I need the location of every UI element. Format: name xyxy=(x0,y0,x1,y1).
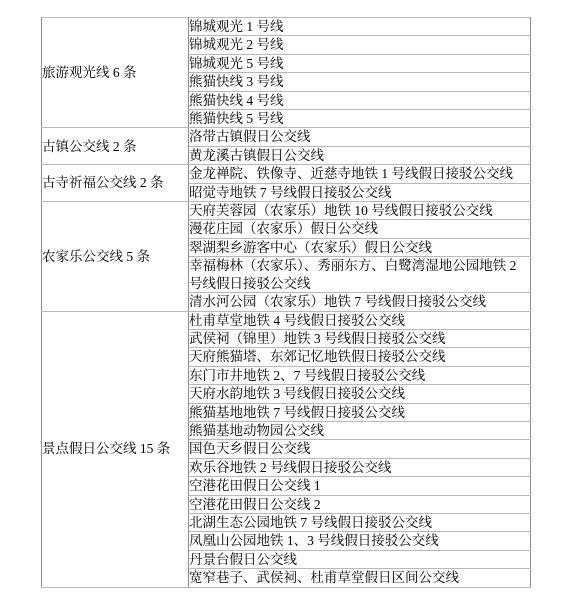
bus-line-cell: 黄龙溪古镇假日公交线 xyxy=(189,146,531,164)
bus-line-cell: 翠湖梨乡游客中心（农家乐）假日公交线 xyxy=(189,238,531,256)
bus-line-cell: 凤凰山公园地铁 1、3 号线假日接驳公交线 xyxy=(189,532,531,550)
table-row: 古寺祈福公交线 2 条 金龙禅院、铁像寺、近慈寺地铁 1 号线假日接驳公交线 xyxy=(42,165,531,183)
bus-line-cell: 熊猫基地动物园公交线 xyxy=(189,421,531,439)
category-cell-farmstay: 农家乐公交线 5 条 xyxy=(42,202,189,311)
bus-line-cell: 宽窄巷子、武侯祠、杜甫草堂假日区间公交线 xyxy=(189,569,531,587)
bus-line-cell: 漫花庄园（农家乐）假日公交线 xyxy=(189,220,531,238)
category-cell-sightseeing: 旅游观光线 6 条 xyxy=(42,18,189,128)
bus-line-cell: 熊猫快线 3 号线 xyxy=(189,73,531,91)
bus-line-cell: 武侯祠（锦里）地铁 3 号线假日接驳公交线 xyxy=(189,329,531,347)
bus-line-cell: 锦城观光 5 号线 xyxy=(189,54,531,72)
bus-line-cell: 昭觉寺地铁 7 号线假日接驳公交线 xyxy=(189,183,531,201)
bus-line-cell: 天府芙蓉园（农家乐）地铁 10 号线假日接驳公交线 xyxy=(189,202,531,220)
bus-line-cell: 洛带古镇假日公交线 xyxy=(189,128,531,146)
bus-line-cell: 空港花田假日公交线 2 xyxy=(189,495,531,513)
bus-line-cell: 欢乐谷地铁 2 号线假日接驳公交线 xyxy=(189,458,531,476)
bus-line-table: 旅游观光线 6 条 锦城观光 1 号线 锦城观光 2 号线 锦城观光 5 号线 … xyxy=(41,17,531,588)
bus-line-cell: 天府水韵地铁 3 号线假日接驳公交线 xyxy=(189,385,531,403)
bus-line-cell: 熊猫基地地铁 7 号线假日接驳公交线 xyxy=(189,403,531,421)
bus-line-cell: 北湖生态公园地铁 7 号线假日接驳公交线 xyxy=(189,513,531,531)
category-cell-scenic-holiday: 景点假日公交线 15 条 xyxy=(42,311,189,587)
table-row: 旅游观光线 6 条 锦城观光 1 号线 xyxy=(42,18,531,36)
bus-line-cell: 天府熊猫塔、东郊记忆地铁假日接驳公交线 xyxy=(189,348,531,366)
bus-line-cell: 幸福梅林（农家乐）、秀丽东方、白鹭湾湿地公园地铁 2 号线假日接驳公交线 xyxy=(189,257,531,293)
category-cell-temple: 古寺祈福公交线 2 条 xyxy=(42,165,189,202)
bus-line-cell: 锦城观光 1 号线 xyxy=(189,18,531,36)
bus-line-cell: 金龙禅院、铁像寺、近慈寺地铁 1 号线假日接驳公交线 xyxy=(189,165,531,183)
bus-line-cell: 东门市井地铁 2、7 号线假日接驳公交线 xyxy=(189,366,531,384)
table-row: 景点假日公交线 15 条 杜甫草堂地铁 4 号线假日接驳公交线 xyxy=(42,311,531,329)
bus-line-cell: 清水河公园（农家乐）地铁 7 号线假日接驳公交线 xyxy=(189,293,531,311)
bus-line-cell: 空港花田假日公交线 1 xyxy=(189,477,531,495)
bus-line-cell: 丹景台假日公交线 xyxy=(189,550,531,568)
bus-line-cell: 国色天乡假日公交线 xyxy=(189,440,531,458)
category-cell-ancient-town: 古镇公交线 2 条 xyxy=(42,128,189,165)
bus-line-cell: 熊猫快线 5 号线 xyxy=(189,110,531,128)
bus-line-cell: 杜甫草堂地铁 4 号线假日接驳公交线 xyxy=(189,311,531,329)
page: 旅游观光线 6 条 锦城观光 1 号线 锦城观光 2 号线 锦城观光 5 号线 … xyxy=(0,0,572,600)
table-row: 农家乐公交线 5 条 天府芙蓉园（农家乐）地铁 10 号线假日接驳公交线 xyxy=(42,202,531,220)
bus-line-cell: 锦城观光 2 号线 xyxy=(189,36,531,54)
table-row: 古镇公交线 2 条 洛带古镇假日公交线 xyxy=(42,128,531,146)
bus-line-cell: 熊猫快线 4 号线 xyxy=(189,91,531,109)
